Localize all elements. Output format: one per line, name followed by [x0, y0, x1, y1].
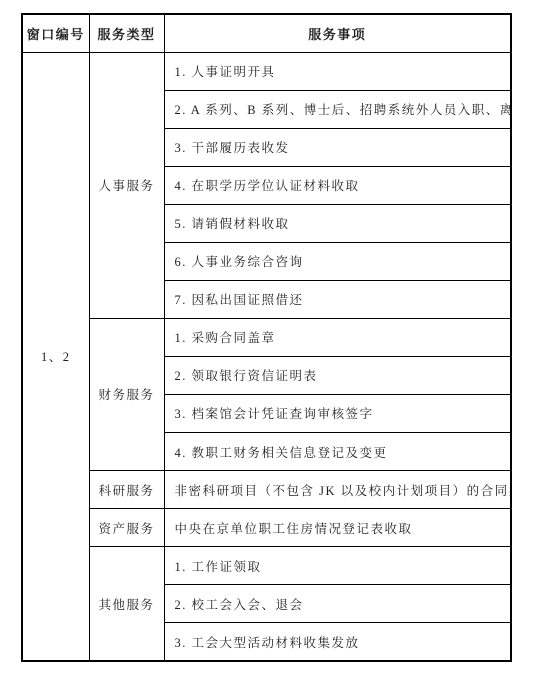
service-item: 非密科研项目（不包含 JK 以及校内计划项目）的合同鉴章服务 [164, 471, 511, 509]
table-row: 资产服务 中央在京单位职工住房情况登记表收取 [22, 509, 511, 547]
service-item: 2. 领取银行资信证明表 [164, 356, 511, 394]
header-service-type: 服务类型 [89, 14, 164, 52]
service-type-other: 其他服务 [89, 547, 164, 661]
service-item: 中央在京单位职工住房情况登记表收取 [164, 509, 511, 547]
window-number-cell: 1、2 [22, 52, 89, 661]
service-item: 3. 档案馆会计凭证查询审核签字 [164, 394, 511, 432]
service-type-finance: 财务服务 [89, 318, 164, 470]
service-item: 2. 校工会入会、退会 [164, 585, 511, 623]
service-type-assets: 资产服务 [89, 509, 164, 547]
header-service-item: 服务事项 [164, 14, 511, 52]
service-item: 7. 因私出国证照借还 [164, 280, 511, 318]
service-item: 1. 采购合同盖章 [164, 318, 511, 356]
table-header-row: 窗口编号 服务类型 服务事项 [22, 14, 511, 52]
header-window-number: 窗口编号 [22, 14, 89, 52]
service-item: 4. 教职工财务相关信息登记及变更 [164, 433, 511, 471]
service-item: 3. 工会大型活动材料收集发放 [164, 623, 511, 661]
service-type-personnel: 人事服务 [89, 52, 164, 318]
table-row: 其他服务 1. 工作证领取 [22, 547, 511, 585]
service-window-table: 窗口编号 服务类型 服务事项 1、2 人事服务 1. 人事证明开具 2. A 系… [21, 13, 512, 662]
table-row: 财务服务 1. 采购合同盖章 [22, 318, 511, 356]
service-item: 1. 人事证明开具 [164, 52, 511, 90]
service-item: 5. 请销假材料收取 [164, 204, 511, 242]
table-row: 1、2 人事服务 1. 人事证明开具 [22, 52, 511, 90]
service-item: 3. 干部履历表收发 [164, 128, 511, 166]
service-item: 1. 工作证领取 [164, 547, 511, 585]
service-item: 4. 在职学历学位认证材料收取 [164, 166, 511, 204]
service-type-research: 科研服务 [89, 471, 164, 509]
table-row: 科研服务 非密科研项目（不包含 JK 以及校内计划项目）的合同鉴章服务 [22, 471, 511, 509]
service-item: 2. A 系列、B 系列、博士后、招聘系统外人员入职、离职 [164, 90, 511, 128]
service-item: 6. 人事业务综合咨询 [164, 242, 511, 280]
